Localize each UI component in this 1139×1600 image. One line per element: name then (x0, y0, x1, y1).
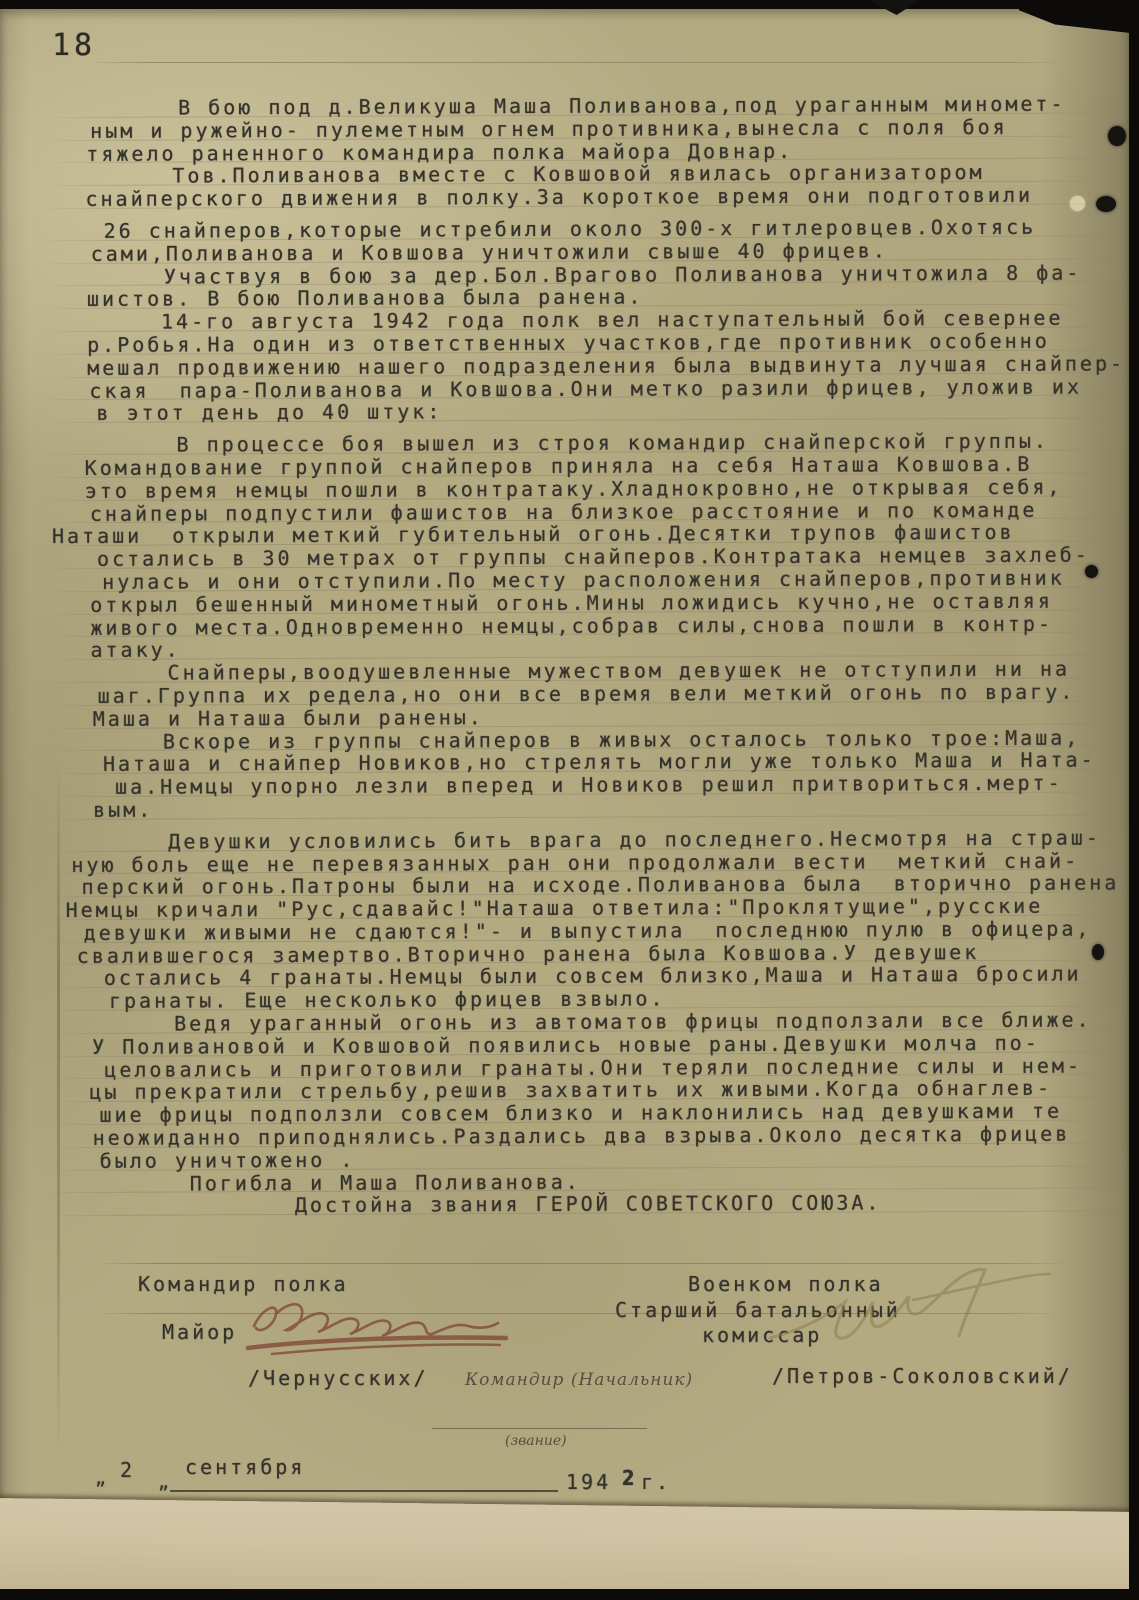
left-signer-rank: Майор (162, 1320, 237, 1344)
header-rule (88, 62, 1063, 63)
text-line: снайперского движения в полку.За коротко… (0, 182, 1139, 210)
right-signer-name: /Петров-Соколовский/ (772, 1364, 1073, 1388)
date-underline (170, 1490, 558, 1492)
date-open-quote: „ (95, 1468, 109, 1489)
date-year-digit: 2 (622, 1466, 637, 1490)
document-page: 18 В бою под д.Великуша Маша Поливанова,… (0, 0, 1139, 1600)
text-line: Достойна звания ГЕРОЙ СОВЕТСКОГО СОЮЗА. (5, 1190, 1139, 1218)
zvanie-rule (432, 1428, 647, 1429)
form-printed-role: Командир (Начальник) (465, 1370, 693, 1390)
text-line: в этот день до 40 штук: (1, 397, 1139, 425)
date-day: 2 (120, 1458, 135, 1482)
form-printed-zvanie: (звание) (505, 1433, 567, 1449)
left-signature (242, 1288, 522, 1366)
date-year-prefix: 194 (566, 1470, 611, 1494)
date-month: сентября (185, 1455, 305, 1479)
date-year-suffix: г. (641, 1470, 671, 1494)
left-signer-name: /Чернусских/ (248, 1366, 429, 1390)
page-number: 18 (52, 28, 96, 63)
right-signature (755, 1256, 1055, 1361)
document-content: 18 В бою под д.Великуша Маша Поливанова,… (0, 0, 1139, 1600)
text-line: вым. (3, 793, 1139, 821)
document-body: В бою под д.Великуша Маша Поливанова,под… (0, 91, 1139, 1217)
